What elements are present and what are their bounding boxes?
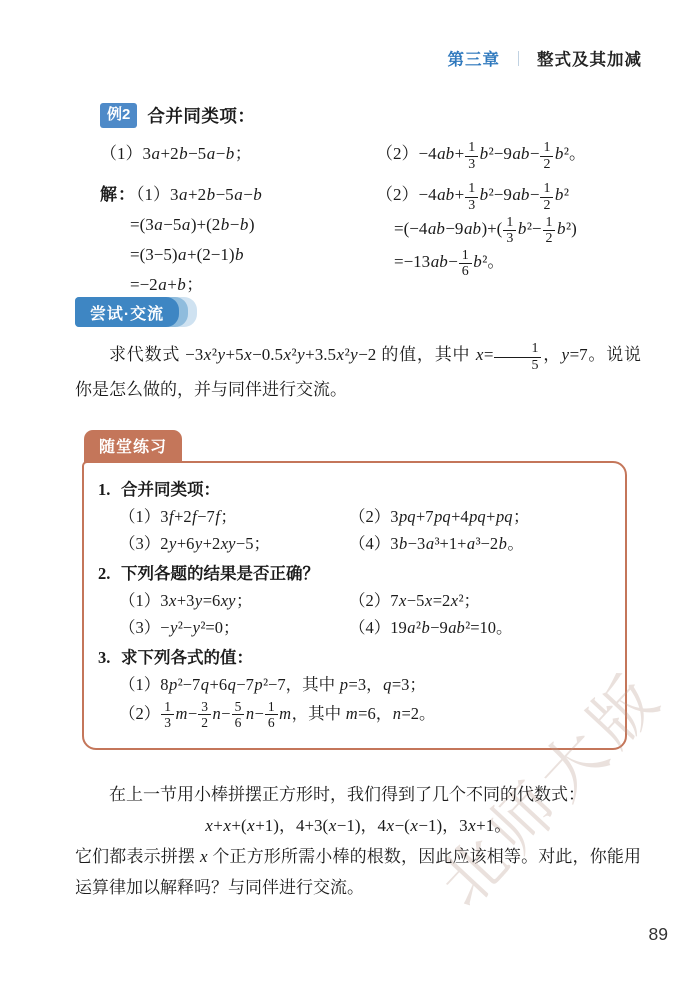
example-problem-1: （1）3a+2b−5a−b； xyxy=(100,139,376,169)
practice-row: （1）3f+2f−7f； （2）3pq+7pq+4pq+pq； xyxy=(96,503,609,530)
subitem: （4）19a²b−9ab²=10。 xyxy=(349,614,609,641)
item-title: 合并同类项： xyxy=(121,476,220,503)
textbook-page: 第三章 ｜ 整式及其加减 例2 合并同类项： （1）3a+2b−5a−b； （2… xyxy=(0,0,696,983)
solution-1-line: =(3a−5a)+(2b−b) xyxy=(130,210,376,240)
practice-row: （3）2y+6y+2xy−5； （4）3b−3a³+1+a³−2b。 xyxy=(96,530,609,557)
practice-item-3: 3. 求下列各式的值： （1）8p²−7q+6q−7p²−7，其中 p=3，q=… xyxy=(96,644,609,730)
closing-formula: x+x+(x+1)，4+3(x−1)，4x−(x−1)，3x+1。 xyxy=(75,810,641,841)
try-exchange-text: 求代数式 −3x²y+5x−0.5x²y+3.5x²y−2 的值，其中 x=15… xyxy=(75,338,641,406)
try-exchange-section: 尝试·交流 求代数式 −3x²y+5x−0.5x²y+3.5x²y−2 的值，其… xyxy=(75,297,641,423)
practice-section: 随堂练习 1. 合并同类项： （1）3f+2f−7f； （2）3pq+7pq+4… xyxy=(82,430,627,750)
subitem: （2）3pq+7pq+4pq+pq； xyxy=(349,503,609,530)
solution-1-line: 解：（1）3a+2b−5a−b xyxy=(100,180,376,210)
page-header: 第三章 ｜ 整式及其加减 xyxy=(447,46,642,70)
practice-item-2: 2. 下列各题的结果是否正确？ （1）3x+3y=6xy； （2）7x−5x=2… xyxy=(96,560,609,641)
closing-outro: 它们都表示拼摆 x 个正方形所需小棒的根数，因此应该相等。对此，你能用运算律加以… xyxy=(75,841,641,903)
item-number: 1. xyxy=(96,476,121,503)
try-exchange-badge: 尝试·交流 xyxy=(75,297,641,327)
solution-1-line: =−2a+b； xyxy=(130,270,376,300)
item-title: 下列各题的结果是否正确？ xyxy=(121,560,319,587)
subitem: （1）8p²−7q+6q−7p²−7，其中 p=3，q=3； xyxy=(96,671,609,699)
page-number: 89 xyxy=(649,924,668,945)
closing-paragraph: 在上一节用小棒拼摆正方形时，我们得到了几个不同的代数式： x+x+(x+1)，4… xyxy=(75,779,641,903)
item-title: 求下列各式的值： xyxy=(121,644,253,671)
practice-row: （3）−y²−y²=0； （4）19a²b−9ab²=10。 xyxy=(96,614,609,641)
example-problem-2: （2）−4ab+13b²−9ab−12b²。 xyxy=(376,139,641,172)
header-separator: ｜ xyxy=(511,48,526,69)
subitem: （1）3f+2f−7f； xyxy=(119,503,349,530)
solution-2-line: =−13ab−16b²。 xyxy=(394,247,641,280)
subitem: （1）3x+3y=6xy； xyxy=(119,587,349,614)
solve-label: 解： xyxy=(100,185,136,204)
example-solution: 解：（1）3a+2b−5a−b =(3a−5a)+(2b−b) =(3−5)a+… xyxy=(100,180,641,300)
practice-row: （1）3x+3y=6xy； （2）7x−5x=2x²； xyxy=(96,587,609,614)
example-badge: 例2 xyxy=(100,103,137,128)
try-exchange-badge-label: 尝试·交流 xyxy=(75,297,179,327)
chapter-label: 第三章 xyxy=(447,46,500,70)
item-number: 2. xyxy=(96,560,121,587)
solution-2-line: =(−4ab−9ab)+(13b²−12b²) xyxy=(394,214,641,247)
practice-item-1: 1. 合并同类项： （1）3f+2f−7f； （2）3pq+7pq+4pq+pq… xyxy=(96,476,609,557)
practice-badge: 随堂练习 xyxy=(84,430,182,463)
subitem: （3）2y+6y+2xy−5； xyxy=(119,530,349,557)
chapter-title: 整式及其加减 xyxy=(537,46,642,70)
subitem: （4）3b−3a³+1+a³−2b。 xyxy=(349,530,609,557)
example-prompt: 合并同类项： xyxy=(147,103,255,128)
example-section: 例2 合并同类项： （1）3a+2b−5a−b； （2）−4ab+13b²−9a… xyxy=(100,103,641,300)
item-number: 3. xyxy=(96,644,121,671)
subitem: （2）7x−5x=2x²； xyxy=(349,587,609,614)
practice-box: 1. 合并同类项： （1）3f+2f−7f； （2）3pq+7pq+4pq+pq… xyxy=(82,461,627,750)
example-heading: 例2 合并同类项： xyxy=(100,103,641,128)
closing-intro: 在上一节用小棒拼摆正方形时，我们得到了几个不同的代数式： xyxy=(75,779,641,810)
subitem: （3）−y²−y²=0； xyxy=(119,614,349,641)
subitem: （2）13m−32n−56n−16m，其中 m=6，n=2。 xyxy=(96,699,609,730)
example-problems: （1）3a+2b−5a−b； （2）−4ab+13b²−9ab−12b²。 xyxy=(100,139,641,172)
solution-1-line: =(3−5)a+(2−1)b xyxy=(130,240,376,270)
solution-2-line: （2）−4ab+13b²−9ab−12b² xyxy=(376,180,641,213)
